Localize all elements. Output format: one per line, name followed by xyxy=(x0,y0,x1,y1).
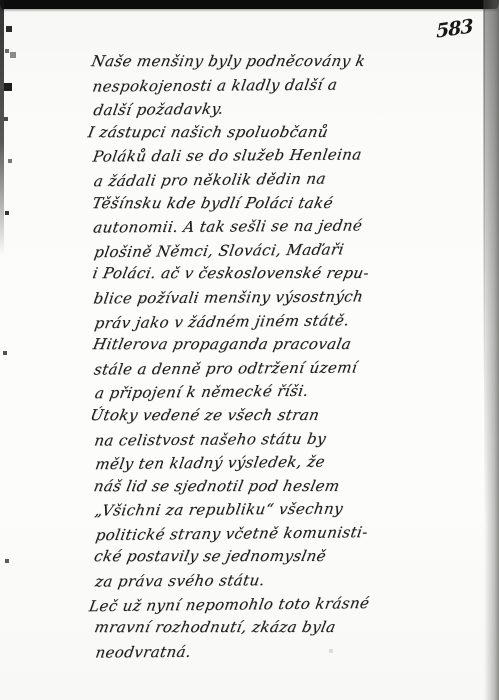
manuscript-line: náš lid se sjednotil pod heslem xyxy=(92,475,486,499)
manuscript-line: i Poláci. ač v československé repu- xyxy=(90,262,484,286)
scanned-page: 583 Naše menšiny byly podněcovány k nesp… xyxy=(0,0,499,700)
paper-specks xyxy=(0,0,2,2)
scan-border-left xyxy=(0,0,4,255)
manuscript-line: Útoky vedené ze všech stran xyxy=(88,404,485,428)
manuscript-text: Naše menšiny byly podněcovány k nespokoj… xyxy=(91,49,484,664)
manuscript-line: Hitlerova propaganda pracovala xyxy=(91,333,485,357)
manuscript-line: Těšínsku kde bydlí Poláci také xyxy=(90,191,484,215)
manuscript-line: a připojení k německé říši. xyxy=(93,378,485,406)
manuscript-line: autonomii. A tak sešli se na jedné xyxy=(91,214,484,241)
manuscript-line: další požadavky. xyxy=(92,95,484,123)
manuscript-line: politické strany včetně komunisti- xyxy=(94,520,486,548)
manuscript-line: za práva svého státu. xyxy=(93,568,486,595)
manuscript-line: a žádali pro několik dědin na xyxy=(92,166,484,194)
manuscript-line: práv jako v žádném jiném státě. xyxy=(93,307,485,335)
scan-border-top xyxy=(0,0,499,9)
manuscript-line: Naše menšiny byly podněcovány k xyxy=(89,50,483,74)
page-edge-shadow xyxy=(484,0,499,700)
manuscript-line: neodvratná. xyxy=(94,638,487,665)
manuscript-line: blice požívali menšiny výsostných xyxy=(92,284,485,311)
manuscript-line: cké postavily se jednomyslně xyxy=(92,545,486,569)
manuscript-line: Leč už nyní nepomohlo toto krásné xyxy=(87,590,486,618)
manuscript-line: plošině Němci, Slováci, Maďaři xyxy=(92,237,484,265)
manuscript-line: „Všichni za republiku“ všechny xyxy=(93,497,486,524)
manuscript-line: I zástupci našich spoluobčanů xyxy=(86,121,484,145)
manuscript-line: mravní rozhodnutí, zkáza byla xyxy=(92,616,486,640)
page-number: 583 xyxy=(436,15,473,42)
manuscript-line: měly ten kladný výsledek, že xyxy=(93,449,485,477)
